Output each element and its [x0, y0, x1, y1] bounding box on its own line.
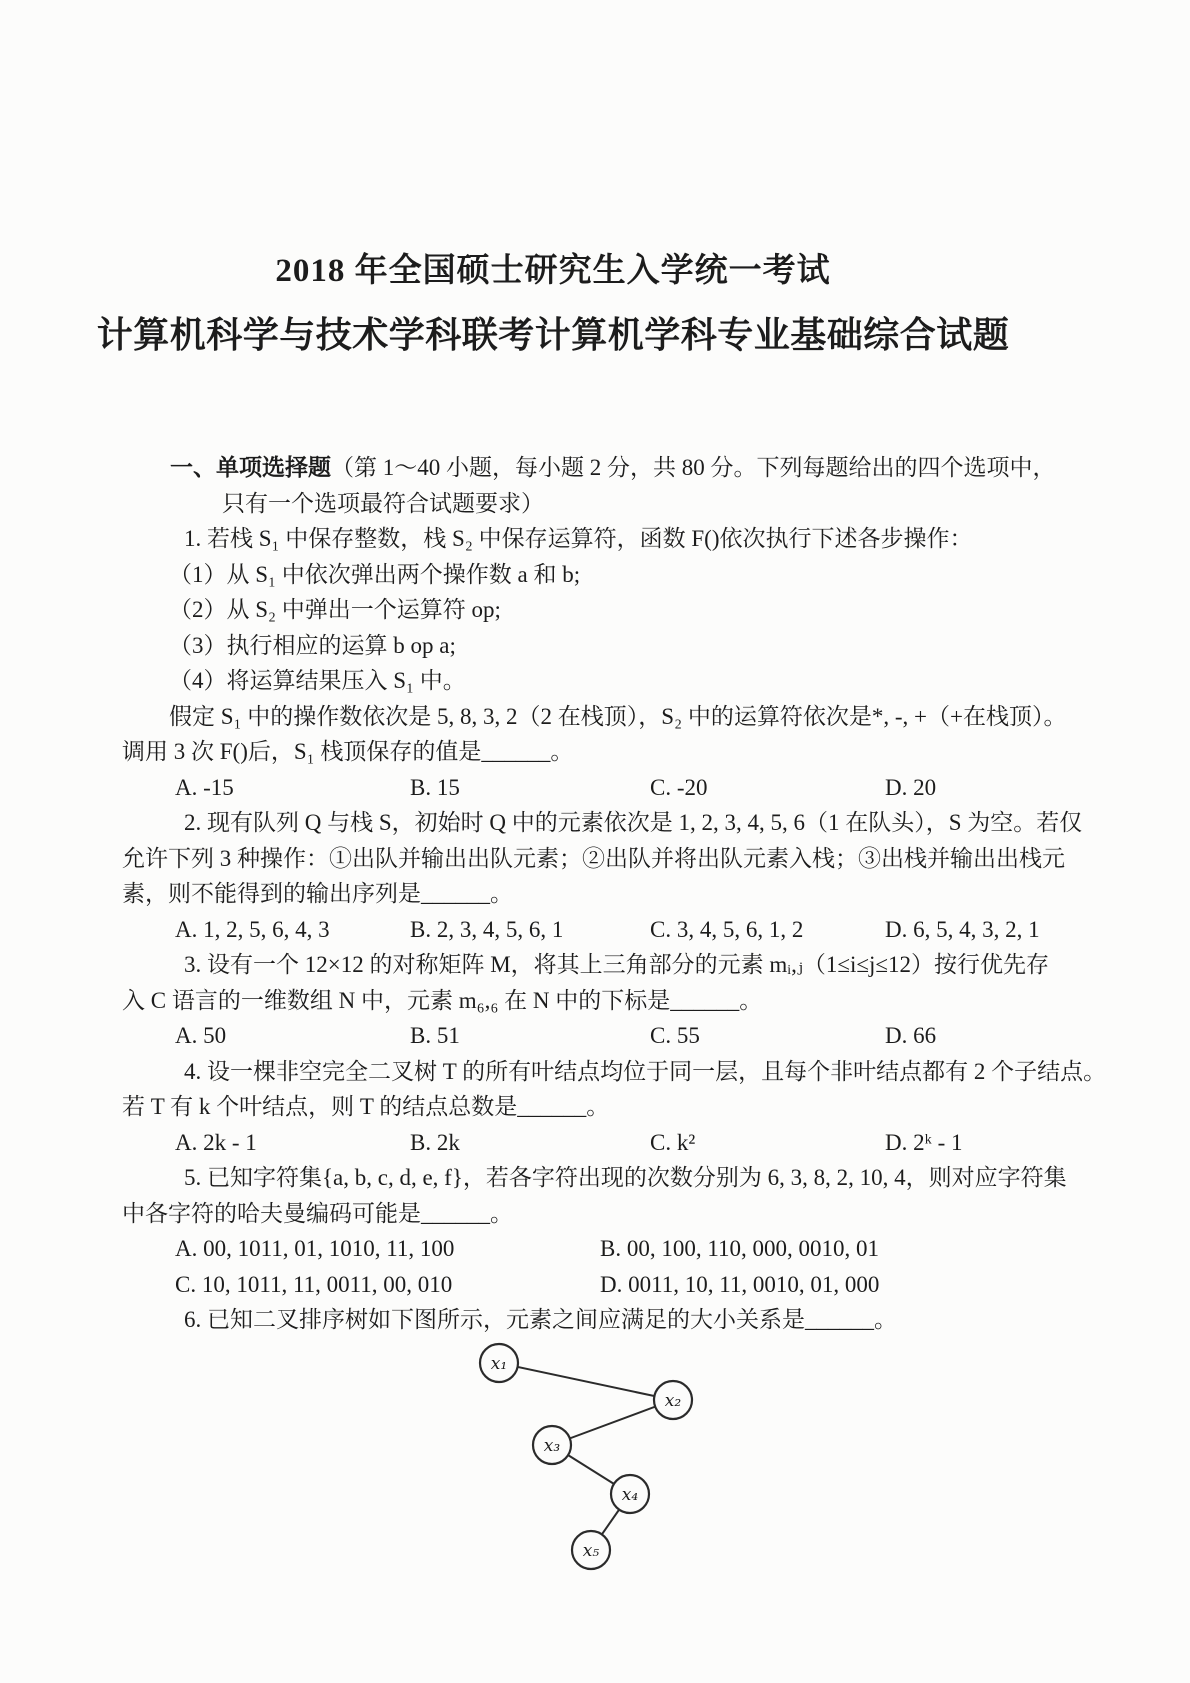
option-b: B. 00, 100, 110, 000, 0010, 01: [600, 1231, 879, 1267]
question-4-options-row: A. 2k - 1B. 2kC. k²D. 2ᵏ - 1: [122, 1125, 1190, 1161]
question-3-stem: 3. 设有一个 12×12 的对称矩阵 M，将其上三角部分的元素 mᵢ,ⱼ（1≤…: [122, 947, 1190, 983]
section-header-line1: 一、单项选择题（第 1～40 小题，每小题 2 分，共 80 分。下列每题给出的…: [122, 450, 1190, 486]
question-5-stem: 5. 已知字符集{a, b, c, d, e, f}，若各字符出现的次数分别为 …: [122, 1160, 1190, 1196]
paper-title-line1: 2018 年全国硕士研究生入学统一考试: [0, 0, 1106, 291]
question-2-options-row: A. 1, 2, 5, 6, 4, 3B. 2, 3, 4, 5, 6, 1C.…: [122, 912, 1190, 948]
paper-title-line2: 计算机科学与技术学科联考计算机学科专业基础综合试题: [0, 307, 1106, 358]
question-1: 1. 若栈 S₁ 中保存整数，栈 S₂ 中保存运算符，函数 F()依次执行下述各…: [122, 521, 1190, 805]
question-3: 3. 设有一个 12×12 的对称矩阵 M，将其上三角部分的元素 mᵢ,ⱼ（1≤…: [122, 947, 1190, 1054]
question-1-step-2: （2）从 S₂ 中弹出一个运算符 op;: [122, 592, 1190, 628]
section-label: 一、单项选择题: [170, 455, 331, 480]
option-c: C. 10, 1011, 11, 0011, 00, 010: [175, 1267, 600, 1303]
section-intro: （第 1～40 小题，每小题 2 分，共 80 分。下列每题给出的四个选项中，: [331, 455, 1056, 480]
option-d: D. 66: [885, 1018, 936, 1054]
question-1-text-line: 假定 S₁ 中的操作数依次是 5, 8, 3, 2（2 在栈顶），S₂ 中的运算…: [122, 699, 1190, 735]
question-4-text-line: 若 T 有 k 个叶结点，则 T 的结点总数是______。: [122, 1089, 1190, 1125]
tree-node-label: x₄: [622, 1485, 639, 1505]
paper-header: 2018 年全国硕士研究生入学统一考试 计算机科学与技术学科联考计算机学科专业基…: [0, 0, 1190, 358]
question-1-step-1: （1）从 S₁ 中依次弹出两个操作数 a 和 b;: [122, 557, 1190, 593]
option-a: A. -15: [175, 770, 410, 806]
question-1-stem: 1. 若栈 S₁ 中保存整数，栈 S₂ 中保存运算符，函数 F()依次执行下述各…: [122, 521, 1190, 557]
option-c: C. -20: [650, 770, 885, 806]
tree-edge: [499, 1363, 673, 1400]
question-3-text-line: 入 C 语言的一维数组 N 中，元素 m₆,₆ 在 N 中的下标是______。: [122, 983, 1190, 1019]
question-3-options-row: A. 50B. 51C. 55D. 66: [122, 1018, 1190, 1054]
option-b: B. 51: [410, 1018, 650, 1054]
question-1-text-line: 调用 3 次 F()后，S₁ 栈顶保存的值是______。: [122, 734, 1190, 770]
question-5-options-row-2: C. 10, 1011, 11, 0011, 00, 010D. 0011, 1…: [122, 1267, 1190, 1303]
exam-paper-page: 2018 年全国硕士研究生入学统一考试 计算机科学与技术学科联考计算机学科专业基…: [0, 0, 1190, 1683]
question-4-stem: 4. 设一棵非空完全二叉树 T 的所有叶结点均位于同一层，且每个非叶结点都有 2…: [122, 1054, 1190, 1090]
option-d: D. 0011, 10, 11, 0010, 01, 000: [600, 1267, 879, 1303]
option-d: D. 2ᵏ - 1: [885, 1125, 963, 1161]
option-c: C. 55: [650, 1018, 885, 1054]
question-2-text-line: 素，则不能得到的输出序列是______。: [122, 876, 1190, 912]
question-1-step-3: （3）执行相应的运算 b op a;: [122, 628, 1190, 664]
option-c: C. k²: [650, 1125, 885, 1161]
option-a: A. 1, 2, 5, 6, 4, 3: [175, 912, 410, 948]
binary-search-tree-figure: x₁x₂x₃x₄x₅: [390, 1333, 730, 1583]
question-1-step-4: （4）将运算结果压入 S₁ 中。: [122, 663, 1190, 699]
question-5-text-line: 中各字符的哈夫曼编码可能是______。: [122, 1196, 1190, 1232]
tree-node-label: x₁: [491, 1354, 507, 1374]
option-b: B. 2, 3, 4, 5, 6, 1: [410, 912, 650, 948]
question-2: 2. 现有队列 Q 与栈 S，初始时 Q 中的元素依次是 1, 2, 3, 4,…: [122, 805, 1190, 947]
tree-node-label: x₃: [544, 1436, 561, 1456]
question-4: 4. 设一棵非空完全二叉树 T 的所有叶结点均位于同一层，且每个非叶结点都有 2…: [122, 1054, 1190, 1161]
question-5-options-row-1: A. 00, 1011, 01, 1010, 11, 100B. 00, 100…: [122, 1231, 1190, 1267]
question-2-text-line: 允许下列 3 种操作：①出队并输出出队元素；②出队并将出队元素入栈；③出栈并输出…: [122, 841, 1190, 877]
question-1-options-row: A. -15B. 15C. -20D. 20: [122, 770, 1190, 806]
option-a: A. 00, 1011, 01, 1010, 11, 100: [175, 1231, 600, 1267]
option-c: C. 3, 4, 5, 6, 1, 2: [650, 912, 885, 948]
option-b: B. 2k: [410, 1125, 650, 1161]
question-5: 5. 已知字符集{a, b, c, d, e, f}，若各字符出现的次数分别为 …: [122, 1160, 1190, 1302]
question-2-stem: 2. 现有队列 Q 与栈 S，初始时 Q 中的元素依次是 1, 2, 3, 4,…: [122, 805, 1190, 841]
option-a: A. 2k - 1: [175, 1125, 410, 1161]
tree-node-label: x₅: [583, 1541, 600, 1561]
option-d: D. 20: [885, 770, 936, 806]
option-a: A. 50: [175, 1018, 410, 1054]
tree-node-label: x₂: [665, 1391, 682, 1411]
paper-body: 一、单项选择题（第 1～40 小题，每小题 2 分，共 80 分。下列每题给出的…: [122, 450, 1190, 1338]
option-b: B. 15: [410, 770, 650, 806]
option-d: D. 6, 5, 4, 3, 2, 1: [885, 912, 1040, 948]
section-header-line2: 只有一个选项最符合试题要求）: [122, 486, 1190, 522]
